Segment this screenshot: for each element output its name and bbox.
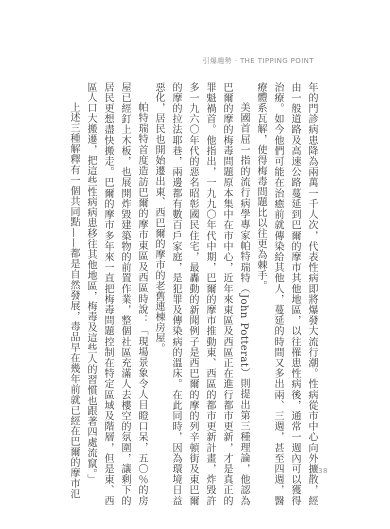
book-page: 引爆趨勢 · THE TIPPING POINT 年的門診病患降為兩萬一千人次，… bbox=[0, 0, 390, 529]
paragraph-1: 年的門診病患降為兩萬一千人次，代表性病即將爆發大流行潮。性病從市中心向外擴散，經… bbox=[252, 82, 320, 506]
paragraph-4: 上述三種解釋有一個共同點——都是自然發展，毒品早在幾年前就已經在巴爾的摩市氾 bbox=[65, 82, 82, 506]
body-text: 年的門診病患降為兩萬一千人次，代表性病即將爆發大流行潮。性病從市中心向外擴散，經… bbox=[65, 82, 320, 506]
page-number: 038 bbox=[313, 467, 328, 475]
paragraph-3: 帕特瑞特首度造訪巴爾的摩市東區及西區時說：「現場景象令人目瞪口呆，五〇％的房屋已… bbox=[82, 82, 150, 506]
paragraph-2: 美國首屈一指的流行病學專家帕特瑞特（John Potterat）則提出第三種理論… bbox=[150, 82, 252, 506]
running-header: 引爆趨勢 · THE TIPPING POINT bbox=[202, 56, 314, 66]
